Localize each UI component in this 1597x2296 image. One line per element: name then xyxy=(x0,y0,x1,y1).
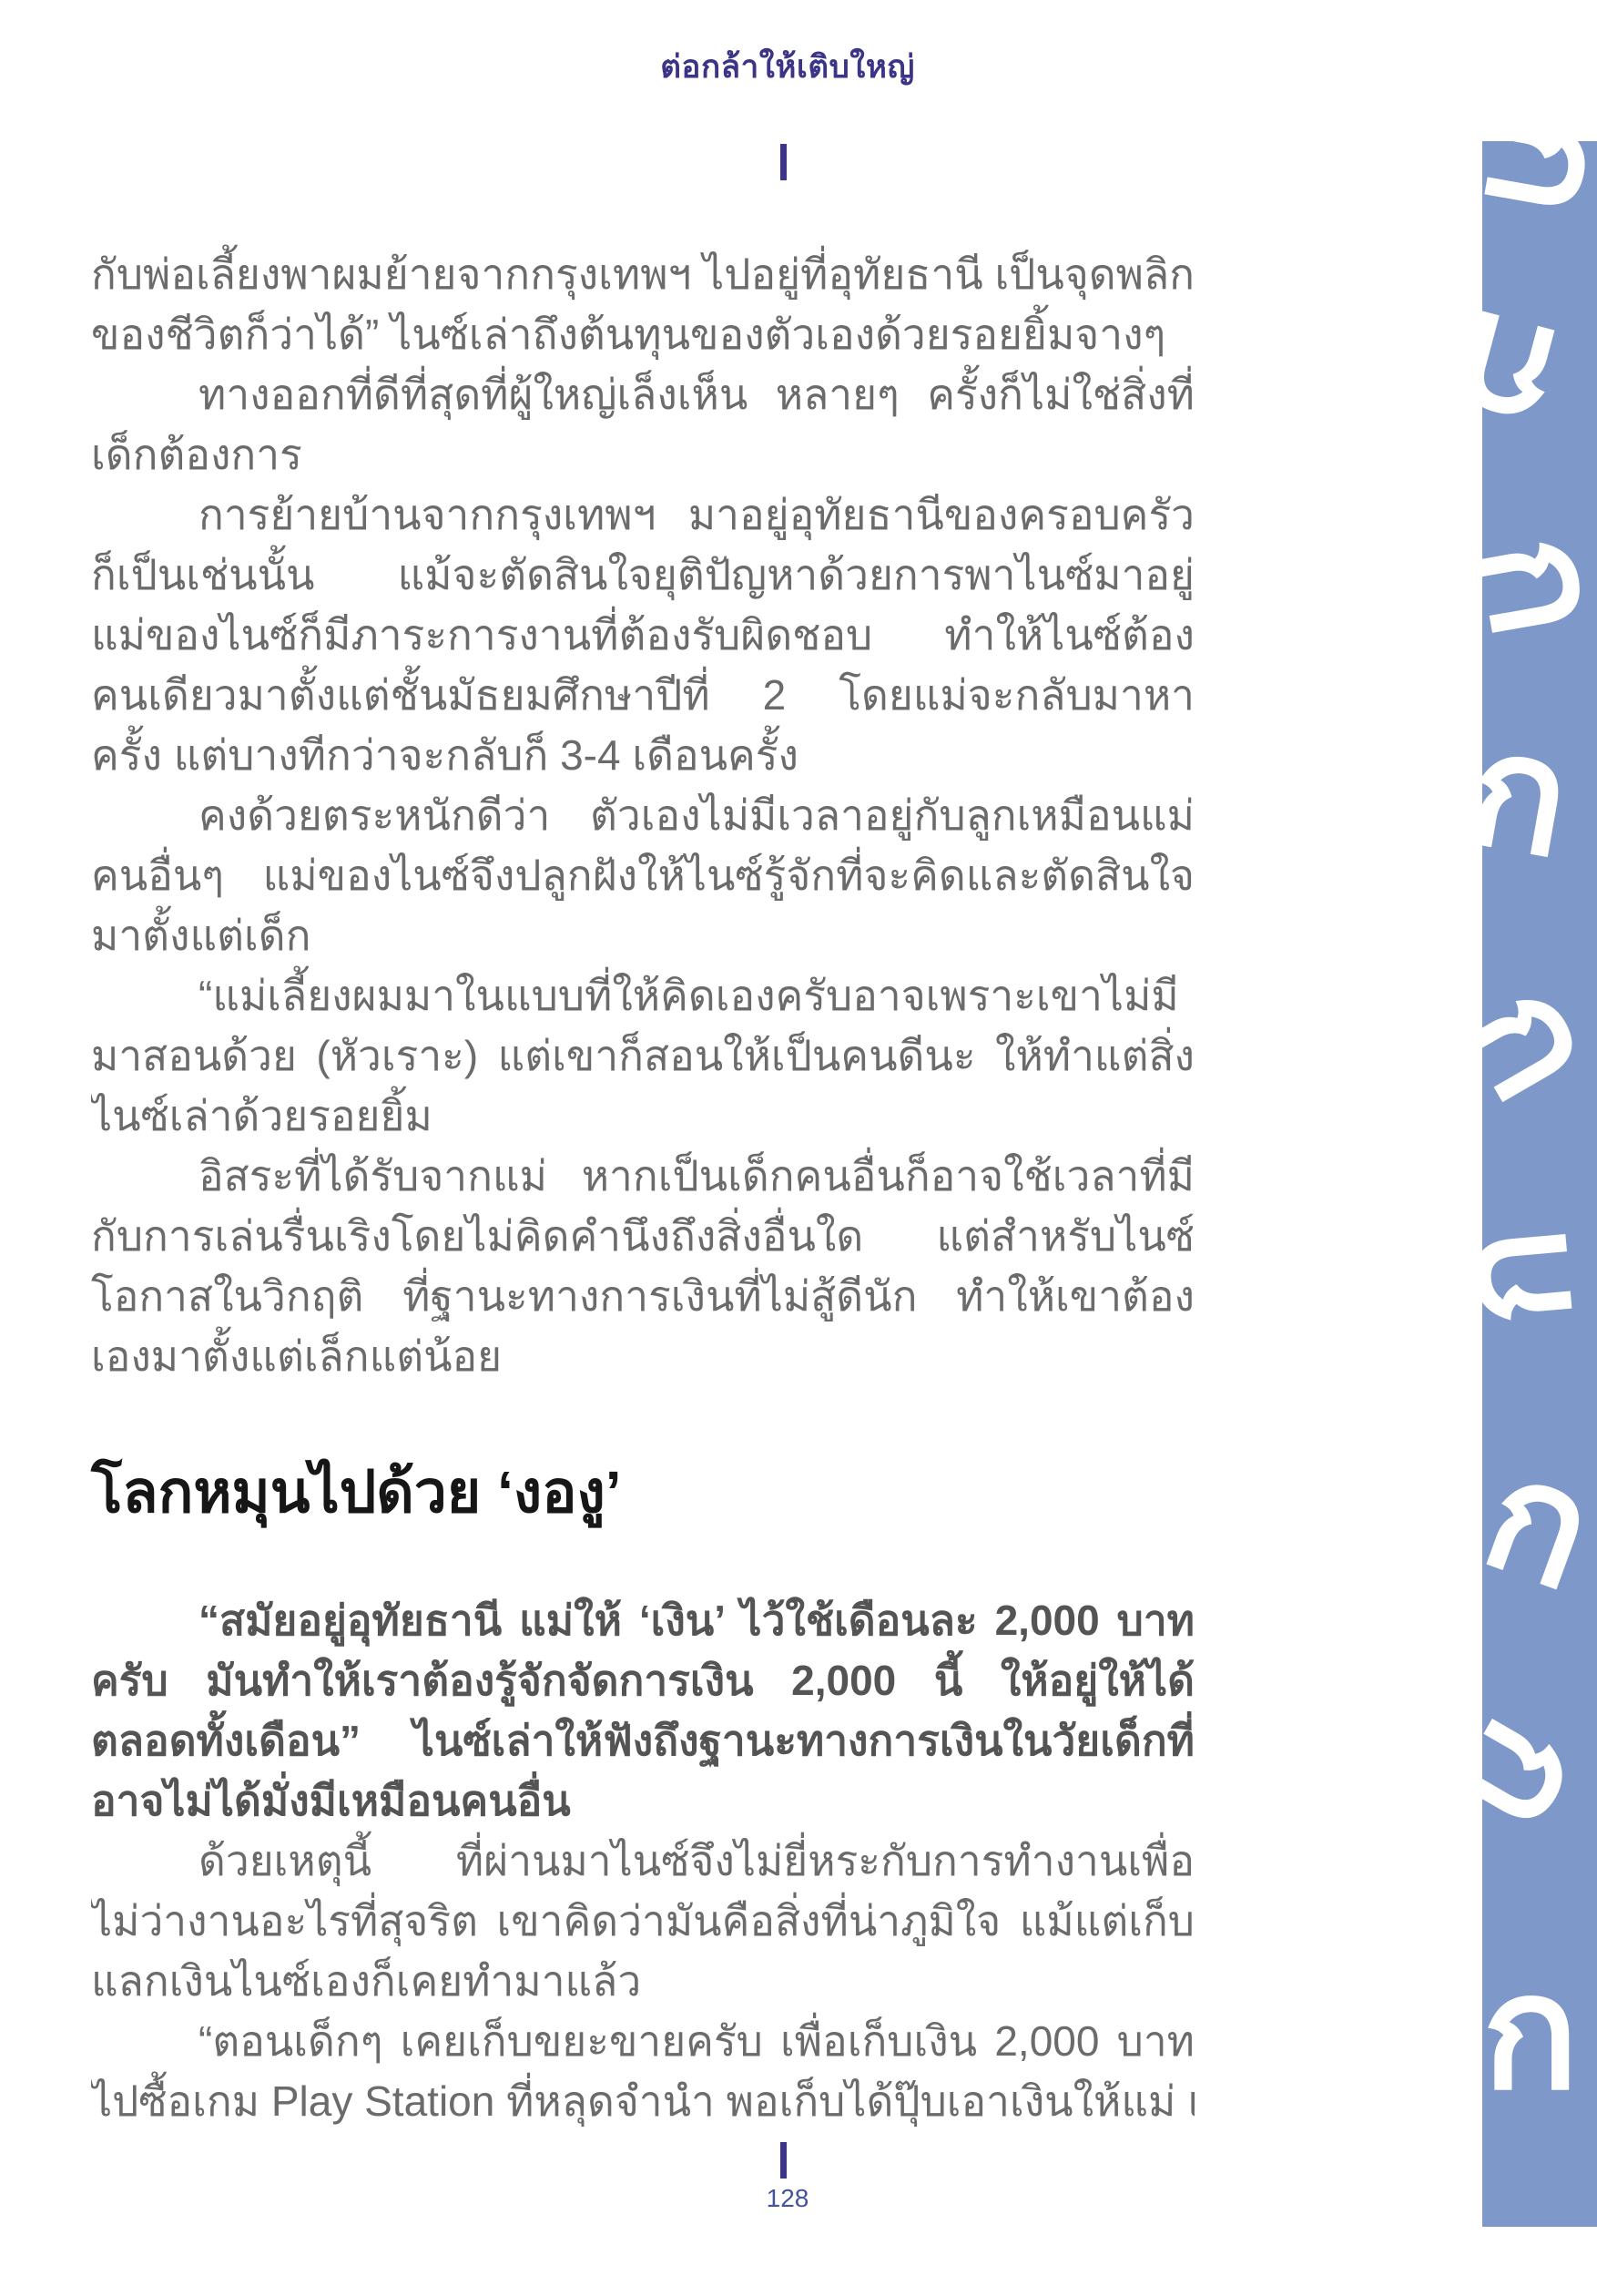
page-number: 128 xyxy=(0,2184,1575,2213)
paragraph: อิสระที่ได้รับจากแม่ หากเป็นเด็กคนอื่นก็… xyxy=(91,1146,1195,1386)
paragraph-line: ไม่ว่างานอะไรที่สุจริต เขาคิดว่ามันคือสิ… xyxy=(91,1891,1195,1951)
paragraph-line: เองมาตั้งแต่เล็กแต่น้อย xyxy=(91,1326,1195,1386)
paragraph: “แม่เลี้ยงผมมาในแบบที่ให้คิดเองครับอาจเพ… xyxy=(91,965,1195,1146)
ko-kai-glyph: ก xyxy=(1482,1697,1597,1860)
ko-kai-glyph: ก xyxy=(1482,1222,1596,1332)
ko-kai-glyph: ก xyxy=(1482,524,1597,647)
paragraph-line: ก็เป็นเช่นนั้น แม้จะตัดสินใจยุติปัญหาด้ว… xyxy=(91,545,1195,605)
paragraph-line: อิสระที่ได้รับจากแม่ หากเป็นเด็กคนอื่นก็… xyxy=(91,1146,1195,1206)
book-page: ต่อกล้าให้เติบใหญ่ กับพ่อเลี้ยงพาผมย้ายจ… xyxy=(0,0,1597,2296)
ko-kai-glyph: ก xyxy=(1482,286,1572,464)
paragraph-line: แลกเงินไนซ์เองก็เคยทำมาแล้ว xyxy=(91,1951,1195,2011)
text-column: กับพ่อเลี้ยงพาผมย้ายจากกรุงเทพฯ ไปอยู่ที… xyxy=(91,244,1195,2131)
paragraph: “ตอนเด็กๆ เคยเก็บขยะขายครับ เพื่อเก็บเงิ… xyxy=(91,2011,1195,2131)
paragraph: “สมัยอยู่อุทัยธานี แม่ให้ ‘เงิน’ ไว้ใช้เ… xyxy=(91,1590,1195,1831)
paragraph-line: กับพ่อเลี้ยงพาผมย้ายจากกรุงเทพฯ ไปอยู่ที… xyxy=(91,244,1195,304)
ko-kai-glyph: ก xyxy=(1482,959,1597,1122)
paragraph-line: ของชีวิตก็ว่าได้” ไนซ์เล่าถึงต้นทุนของตั… xyxy=(91,304,1195,364)
paragraph-line: “สมัยอยู่อุทัยธานี แม่ให้ ‘เงิน’ ไว้ใช้เ… xyxy=(91,1590,1195,1650)
paragraph-line: มาตั้งแต่เด็ก xyxy=(91,905,1195,965)
ko-kai-glyph: ก xyxy=(1482,708,1581,882)
ko-kai-glyph: ก xyxy=(1482,1432,1597,1615)
paragraph-line: อาจไม่ได้มั่งมีเหมือนคนอื่น xyxy=(91,1770,1195,1831)
paragraph: ทางออกที่ดีที่สุดที่ผู้ใหญ่เล็งเห็น หลาย… xyxy=(91,364,1195,485)
paragraph-line: ครั้ง แต่บางทีกว่าจะกลับก็ 3-4 เดือนครั้… xyxy=(91,725,1195,785)
paragraph-line: โอกาสในวิกฤติ ที่ฐานะทางการเงินที่ไม่สู้… xyxy=(91,1266,1195,1326)
paragraph-line: กับการเล่นรื่นเริงโดยไม่คิดคำนึงถึงสิ่งอ… xyxy=(91,1206,1195,1266)
paragraph: การย้ายบ้านจากกรุงเทพฯ มาอยู่อุทัยธานีขอ… xyxy=(91,485,1195,785)
paragraph-line: คนเดียวมาตั้งแต่ชั้นมัธยมศึกษาปีที่ 2 โด… xyxy=(91,665,1195,725)
paragraph-line: คนอื่นๆ แม่ของไนซ์จึงปลูกฝังให้ไนซ์รู้จั… xyxy=(91,845,1195,905)
paragraph-line: มาสอนด้วย (หัวเราะ) แต่เขาก็สอนให้เป็นคน… xyxy=(91,1026,1195,1086)
paragraph-line: ด้วยเหตุนี้ ที่ผ่านมาไนซ์จึงไม่ยี่หระกับ… xyxy=(91,1831,1195,1891)
paragraph-line: ไปซื้อเกม Play Station ที่หลุดจำนำ พอเก็… xyxy=(91,2071,1195,2131)
paragraph: กับพ่อเลี้ยงพาผมย้ายจากกรุงเทพฯ ไปอยู่ที… xyxy=(91,244,1195,364)
paragraph-line: เด็กต้องการ xyxy=(91,424,1195,485)
paragraph-line: ไนซ์เล่าด้วยรอยยิ้ม xyxy=(91,1086,1195,1146)
paragraph-line: ตลอดทั้งเดือน” ไนซ์เล่าให้ฟังถึงฐานะทางก… xyxy=(91,1710,1195,1770)
paragraph-line: การย้ายบ้านจากกรุงเทพฯ มาอยู่อุทัยธานีขอ… xyxy=(91,485,1195,545)
header-divider-bar xyxy=(780,144,787,180)
decorative-side-band: กกกกกกกกก xyxy=(1482,141,1597,2227)
paragraph-line: คงด้วยตระหนักดีว่า ตัวเองไม่มีเวลาอยู่กั… xyxy=(91,785,1195,845)
paragraph-line: ทางออกที่ดีที่สุดที่ผู้ใหญ่เล็งเห็น หลาย… xyxy=(91,364,1195,424)
paragraph-line: “ตอนเด็กๆ เคยเก็บขยะขายครับ เพื่อเก็บเงิ… xyxy=(91,2011,1195,2071)
page-header-title: ต่อกล้าให้เติบใหญ่ xyxy=(0,42,1575,92)
footer-divider-bar xyxy=(780,2142,787,2179)
paragraph-line: “แม่เลี้ยงผมมาในแบบที่ให้คิดเองครับอาจเพ… xyxy=(91,965,1195,1026)
paragraph: คงด้วยตระหนักดีว่า ตัวเองไม่มีเวลาอยู่กั… xyxy=(91,785,1195,965)
ko-kai-glyph: ก xyxy=(1482,141,1597,228)
section-heading: โลกหมุนไปด้วย ‘งองู’ xyxy=(91,1457,1195,1526)
paragraph: ด้วยเหตุนี้ ที่ผ่านมาไนซ์จึงไม่ยี่หระกับ… xyxy=(91,1831,1195,2011)
paragraph-line: แม่ของไนซ์ก็มีภาระการงานที่ต้องรับผิดชอบ… xyxy=(91,605,1195,665)
paragraph-line: ครับ มันทำให้เราต้องรู้จักจัดการเงิน 2,0… xyxy=(91,1650,1195,1710)
ko-kai-glyph: ก xyxy=(1482,1954,1579,2113)
